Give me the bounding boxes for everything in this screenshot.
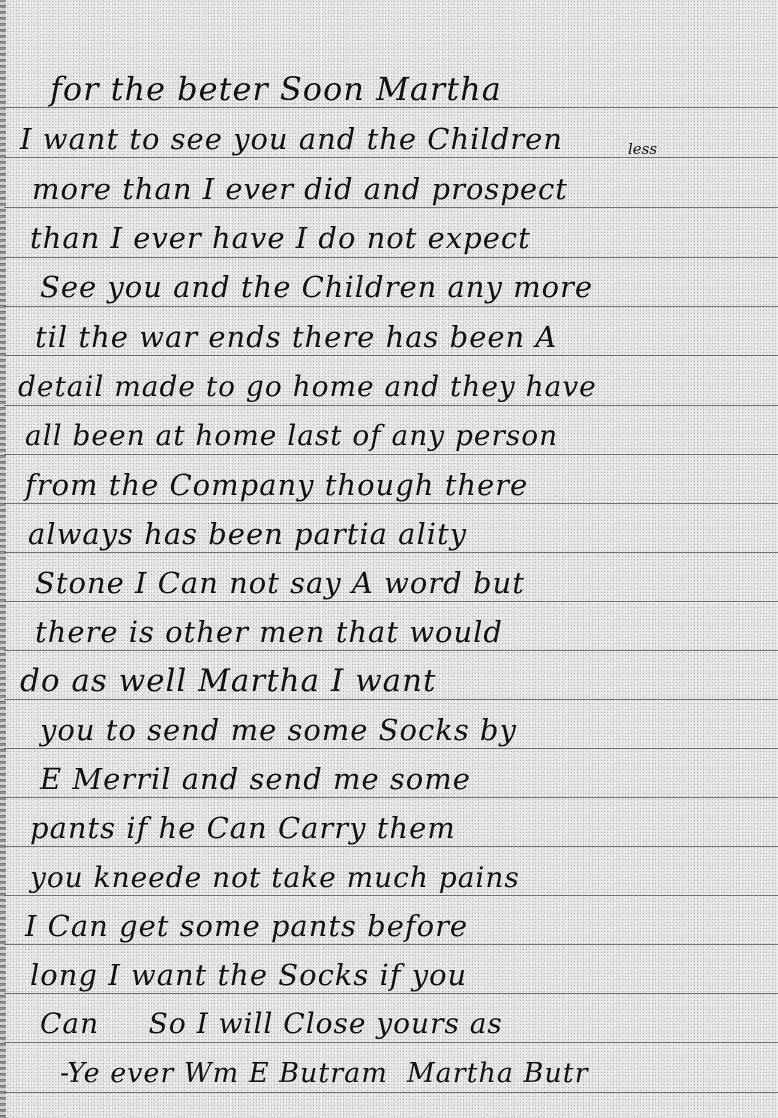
letter-page: for the beter Soon Martha I want to see …: [0, 0, 778, 1118]
letter-line-10: always has been partia ality: [28, 517, 778, 551]
letter-line-3: more than I ever did and prospect: [32, 172, 778, 206]
rule-line: [4, 552, 778, 553]
letter-line-8: all been at home last of any person: [25, 419, 778, 452]
rule-line: [4, 503, 778, 504]
letter-line-5: See you and the Children any more: [40, 270, 778, 304]
letter-line-11: Stone I Can not say A word but: [35, 566, 778, 600]
rule-line: [4, 1042, 778, 1043]
rule-line: [4, 993, 778, 994]
rule-line: [4, 846, 778, 847]
letter-line-1: for the beter Soon Martha: [50, 70, 778, 108]
letter-line-2: I want to see you and the Children: [20, 122, 778, 156]
letter-line-18: I Can get some pants before: [25, 909, 778, 943]
rule-line: [4, 944, 778, 945]
rule-line: [4, 601, 778, 602]
rule-line: [4, 405, 778, 406]
letter-line-14: you to send me some Socks by: [40, 713, 778, 747]
letter-line-7: detail made to go home and they have: [18, 370, 778, 403]
rule-line: [4, 257, 778, 258]
letter-line-6: til the war ends there has been A: [35, 320, 778, 354]
signature-line: -Ye ever Wm E Butram Martha Butr: [60, 1058, 778, 1089]
letter-line-13: do as well Martha I want: [20, 663, 778, 699]
letter-line-17: you kneede not take much pains: [30, 861, 778, 894]
rule-line: [4, 207, 778, 208]
rule-line: [4, 1092, 778, 1093]
rule-line: [4, 748, 778, 749]
rule-line: [4, 157, 778, 158]
letter-line-9: from the Company though there: [25, 468, 778, 502]
rule-line: [4, 306, 778, 307]
page-left-edge: [0, 0, 6, 1118]
letter-line-12: there is other men that would: [35, 615, 778, 649]
rule-line: [4, 895, 778, 896]
rule-line: [4, 355, 778, 356]
rule-line: [4, 699, 778, 700]
letter-line-20: Can So I will Close yours as: [40, 1007, 778, 1040]
letter-line-4: than I ever have I do not expect: [30, 221, 778, 255]
interlinear-insertion: less: [628, 140, 657, 158]
letter-line-15: E Merril and send me some: [40, 762, 778, 796]
letter-line-16: pants if he Can Carry them: [30, 811, 778, 845]
letter-line-19: long I want the Socks if you: [30, 958, 778, 992]
rule-line: [4, 454, 778, 455]
rule-line: [4, 797, 778, 798]
rule-line: [4, 650, 778, 651]
